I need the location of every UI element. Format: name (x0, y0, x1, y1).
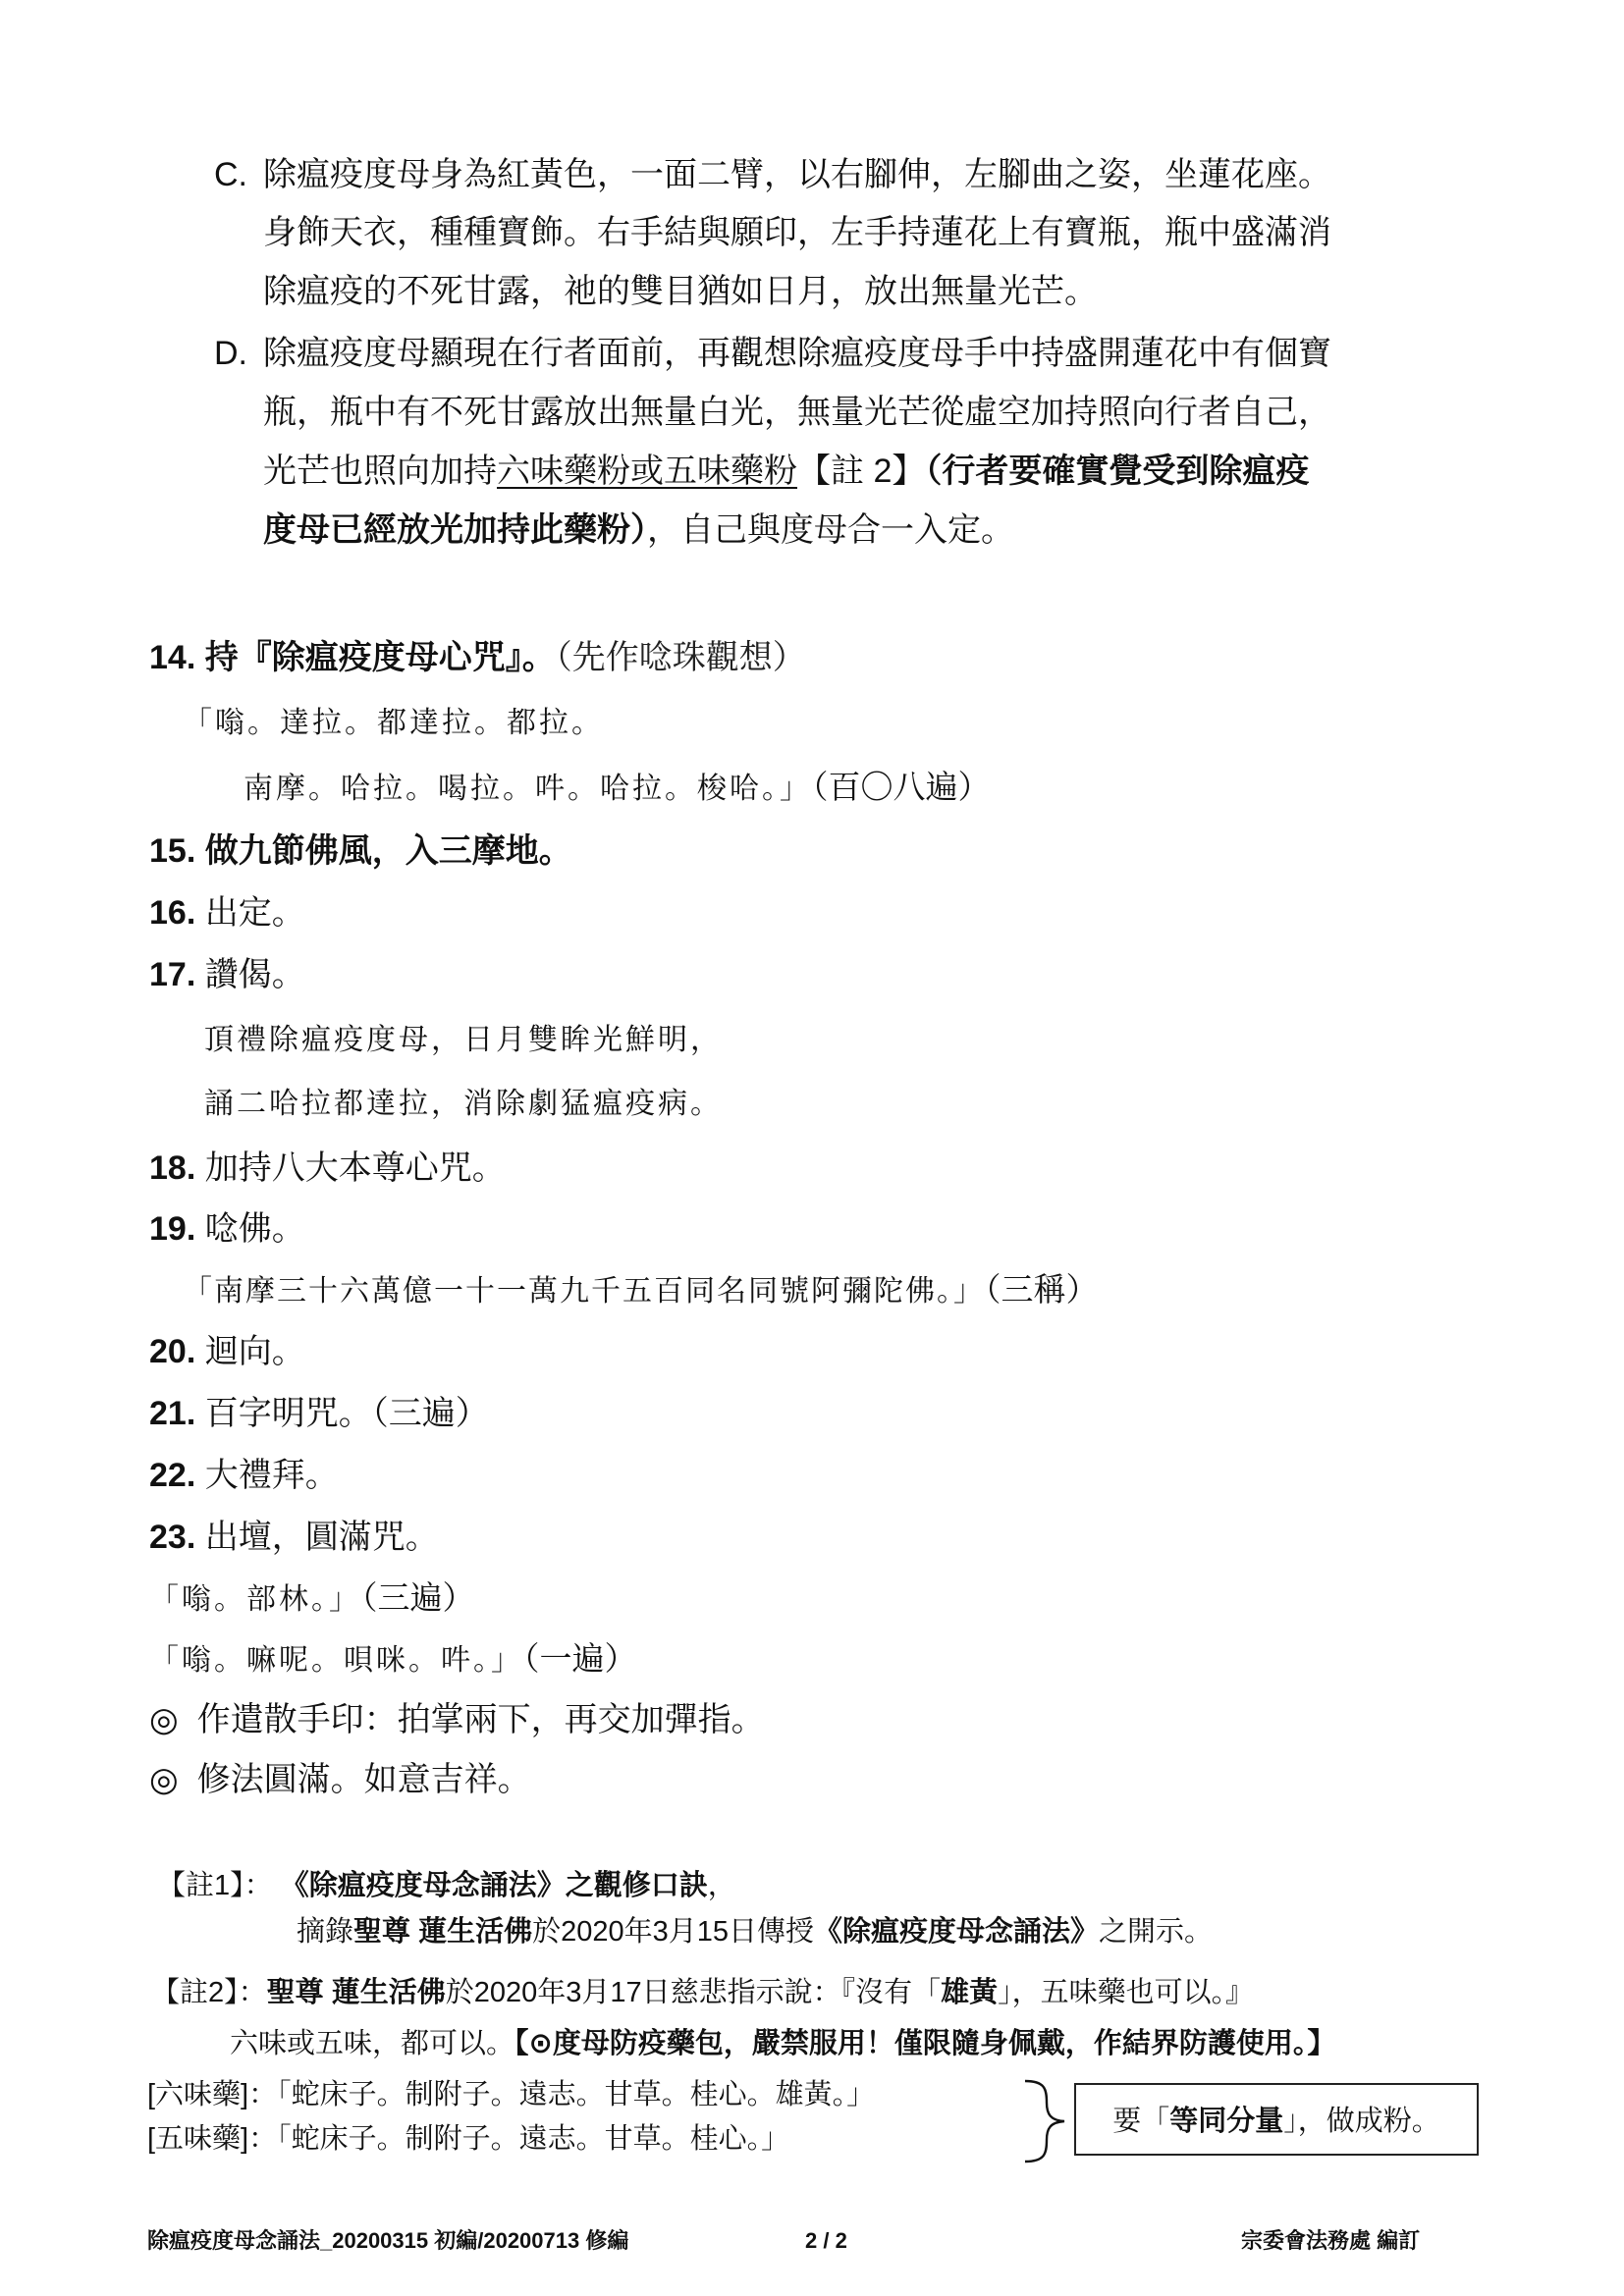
mantra-line: 南摩。哈拉。喝拉。吽。哈拉。梭哈。」（百〇八遍） (244, 768, 991, 809)
right-brace-icon (1021, 2079, 1070, 2163)
step-15: 15. 做九節佛風，入三摩地。 (149, 831, 572, 871)
mantra-note: （百〇八遍） (812, 769, 991, 805)
emphasis-text: 等同分量 (1169, 2106, 1283, 2137)
text: 於2020年3月15日傳授 (532, 1916, 814, 1948)
step-title: 百字明咒。 (205, 1395, 372, 1432)
step-number: 19. (149, 1209, 195, 1249)
section-c-letter: C. (214, 155, 247, 194)
mantra-text: 「嗡。部林。」 (149, 1582, 361, 1617)
step-note: （先作唸珠觀想） (556, 639, 806, 676)
section-d-line: 瓶，瓶中有不死甘露放出無量白光，無量光芒從虛空加持照向行者自己， (263, 393, 1331, 432)
step-number: 20. (149, 1332, 195, 1371)
section-d-letter: D. (214, 334, 247, 373)
double-circle-bullet-icon: ◎ (149, 1701, 179, 1738)
section-d-line: 光芒也照向加持六味藥粉或五味藥粉【註 2】（行者要確實覺受到除瘟疫 (263, 452, 1309, 491)
mantra-line: 「南摩三十六萬億一十一萬九千五百同名同號阿彌陀佛。」（三稱） (183, 1270, 1099, 1311)
mantra-line: 「嗡。嘛呢。唄咪。吽。」（一遍） (149, 1639, 637, 1681)
step-19: 19. 唸佛。 (149, 1209, 305, 1249)
footer-editor: 宗委會法務處 編訂 (1241, 2227, 1420, 2255)
equal-portion-box: 要「等同分量」，做成粉。 (1074, 2083, 1479, 2156)
note-title: 《除瘟疫度母念誦法》之觀修口訣 (281, 1870, 708, 1901)
emphasis-text: 雄黃 (941, 1977, 998, 2008)
mantra-text: 南摩。哈拉。喝拉。吽。哈拉。梭哈。」 (244, 772, 812, 806)
note-label: 【註2】 (151, 1977, 239, 2008)
step-title: 加持八大本尊心咒。 (205, 1149, 506, 1187)
six-medicine-line: [六味藥]：「蛇床子。制附子。遠志。甘草。桂心。雄黃。」 (147, 2077, 875, 2112)
text: 於2020年3月17日慈悲指示說：『沒有「 (446, 1977, 941, 2008)
step-title: 出壇，圓滿咒。 (205, 1519, 439, 1556)
text: 要「 (1112, 2106, 1169, 2137)
step-18: 18. 加持八大本尊心咒。 (149, 1148, 506, 1188)
step-title: 唸佛。 (205, 1210, 305, 1248)
step-number: 16. (149, 893, 195, 933)
closing-text: 修法圓滿。如意吉祥。 (197, 1761, 531, 1798)
label: [五味藥] (147, 2123, 248, 2155)
section-c-line: 身飾天衣，種種寶飾。右手結與願印，左手持蓮花上有寶瓶，瓶中盛滿消 (263, 213, 1331, 252)
step-number: 15. (149, 831, 195, 871)
note-2: 【註2】：聖尊 蓮生活佛於2020年3月17日慈悲指示說：『沒有「雄黃」，五味藥… (151, 1975, 1254, 2010)
ingredients: ：「蛇床子。制附子。遠志。甘草。桂心。」 (248, 2123, 789, 2155)
colon: ： (244, 1870, 273, 1901)
ingredients: ：「蛇床子。制附子。遠志。甘草。桂心。雄黃。」 (248, 2079, 875, 2110)
closing-text: 作遣散手印：拍掌兩下，再交加彈指。 (197, 1701, 765, 1738)
master-name: 聖尊 蓮生活佛 (267, 1977, 446, 2008)
section-c-line: 除瘟疫度母身為紅黃色，一面二臂，以右腳伸，左腳曲之姿，坐蓮花座。 (263, 155, 1331, 194)
mantra-text: 「嗡。嘛呢。唄咪。吽。」 (149, 1643, 523, 1678)
emphasis-text: （行者要確實覺受到除瘟疫 (925, 453, 1309, 490)
step-title: 做九節佛風，入三摩地。 (205, 832, 572, 870)
step-title: 持『除瘟疫度母心咒』。 (205, 639, 556, 676)
step-14: 14. 持『除瘟疫度母心咒』。（先作唸珠觀想） (149, 638, 806, 677)
book-title: 《除瘟疫度母念誦法》 (814, 1916, 1099, 1948)
step-number: 17. (149, 955, 195, 994)
note-1: 【註1】： 《除瘟疫度母念誦法》之觀修口訣， (157, 1868, 736, 1903)
step-20: 20. 迴向。 (149, 1332, 305, 1371)
text: 摘錄 (297, 1916, 353, 1948)
note-1-detail: 摘錄聖尊 蓮生活佛於2020年3月15日傳授《除瘟疫度母念誦法》之開示。 (297, 1914, 1213, 1949)
mantra-note: （一遍） (523, 1640, 637, 1677)
step-title: 出定。 (205, 894, 305, 932)
text: 之開示。 (1099, 1916, 1213, 1948)
warning-text: 【⊙度母防疫藥包，嚴禁服用！僅限隨身佩戴，作結界防護使用。】 (514, 2028, 1335, 2059)
note-ref: 【註 2】 (797, 453, 925, 490)
footer-doc-info: 除瘟疫度母念誦法_20200315 初編/20200713 修編 (147, 2227, 628, 2255)
text: 六味或五味，都可以。 (230, 2028, 514, 2059)
step-number: 14. (149, 638, 195, 677)
step-number: 18. (149, 1148, 195, 1188)
emphasis-text: 度母已經放光加持此藥粉） (263, 511, 647, 549)
mantra-line: 「嗡。部林。」（三遍） (149, 1578, 475, 1620)
text: 光芒也照向加持 (263, 453, 497, 490)
step-16: 16. 出定。 (149, 893, 305, 933)
section-c-line: 除瘟疫的不死甘露，祂的雙目猶如日月，放出無量光芒。 (263, 272, 1098, 311)
step-title: 迴向。 (205, 1333, 305, 1370)
step-23: 23. 出壇，圓滿咒。 (149, 1518, 439, 1557)
step-title: 大禮拜。 (205, 1457, 339, 1494)
medicine-powder-link: 六味藥粉或五味藥粉 (497, 453, 797, 490)
double-circle-bullet-icon: ◎ (149, 1761, 179, 1798)
step-21: 21. 百字明咒。（三遍） (149, 1394, 489, 1433)
step-number: 22. (149, 1456, 195, 1495)
colon: ： (239, 1977, 267, 2008)
step-title: 讚偈。 (205, 956, 305, 993)
mantra-text: 「南摩三十六萬億一十一萬九千五百同名同號阿彌陀佛。」 (183, 1274, 985, 1308)
verse-line: 頂禮除瘟疫度母，日月雙眸光鮮明， (204, 1021, 723, 1060)
footer-page-number: 2 / 2 (805, 2227, 847, 2255)
note-label: 【註1】 (157, 1870, 244, 1901)
step-number: 21. (149, 1394, 195, 1433)
mantra-note: （三稱） (985, 1271, 1099, 1308)
step-17: 17. 讚偈。 (149, 955, 305, 994)
text: ，自己與度母合一入定。 (647, 511, 1014, 549)
label: [六味藥] (147, 2079, 248, 2110)
five-medicine-line: [五味藥]：「蛇床子。制附子。遠志。甘草。桂心。」 (147, 2121, 789, 2157)
mantra-note: （三遍） (361, 1579, 475, 1616)
section-d-line: 度母已經放光加持此藥粉），自己與度母合一入定。 (263, 510, 1014, 550)
text: 」，做成粉。 (1283, 2106, 1440, 2137)
section-d-line: 除瘟疫度母顯現在行者面前，再觀想除瘟疫度母手中持盛開蓮花中有個寶 (263, 334, 1331, 373)
verse-line: 誦二哈拉都達拉，消除劇猛瘟疫病。 (204, 1085, 723, 1124)
closing-line: ◎ 作遣散手印：拍掌兩下，再交加彈指。 (149, 1700, 765, 1739)
master-name: 聖尊 蓮生活佛 (353, 1916, 532, 1948)
step-note: （三遍） (372, 1395, 489, 1432)
comma: ， (708, 1870, 736, 1901)
text: 」，五味藥也可以。』 (998, 1977, 1254, 2008)
step-number: 23. (149, 1518, 195, 1557)
note-2-detail: 六味或五味，都可以。【⊙度母防疫藥包，嚴禁服用！僅限隨身佩戴，作結界防護使用。】 (230, 2026, 1335, 2061)
mantra-line: 「嗡。達拉。都達拉。都拉。 (183, 704, 604, 743)
step-22: 22. 大禮拜。 (149, 1456, 339, 1495)
closing-line: ◎ 修法圓滿。如意吉祥。 (149, 1760, 531, 1799)
